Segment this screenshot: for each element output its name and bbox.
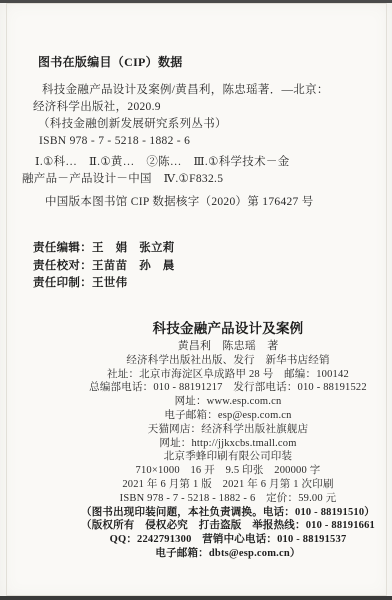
tmall-store-line: 天猫网店：经济科学出版社旗舰店 xyxy=(64,423,392,437)
qq-marketing-line: QQ：2242791300 营销中心电话：010 - 88191537 xyxy=(64,533,392,547)
book-copyright-page: 图书在版编目（CIP）数据 科技金融产品设计及案例/黄昌利，陈忠瑶著．—北京： … xyxy=(0,0,392,600)
book-title: 科技金融产品设计及案例 xyxy=(64,321,392,336)
cip-line-publisher: 经济科学出版社，2020.9 xyxy=(33,99,376,116)
scan-edge-bottom xyxy=(0,596,392,600)
cip-line-classification-1: Ⅰ.①科… Ⅱ.①黄… ②陈… Ⅲ.①科学技术－金 xyxy=(35,154,376,171)
cip-line-series: （科技金融创新发展研究系列丛书） xyxy=(38,116,376,133)
colophon-block: 科技金融产品设计及案例 黄昌利 陈忠瑶 著 经济科学出版社出版、发行 新华书店经… xyxy=(64,321,392,561)
website-line: 网址：www.esp.com.cn xyxy=(64,395,392,409)
cip-record-number: 中国版本图书馆 CIP 数据核字（2020）第 176427 号 xyxy=(45,194,376,211)
staff-line-printing-supervisor: 责任印制：王世伟 xyxy=(33,275,175,293)
format-line: 710×1000 16 开 9.5 印张 200000 字 xyxy=(64,464,392,478)
exchange-notice-line: （图书出现印装问题，本社负责调换。电话：010 - 88191510） xyxy=(64,506,392,520)
staff-line-editor: 责任编辑：王 娟 张立莉 xyxy=(33,240,175,258)
staff-block: 责任编辑：王 娟 张立莉 责任校对：王苗苗 孙 晨 责任印制：王世伟 xyxy=(33,240,175,293)
cip-line-classification-2: 融产品－产品设计－中国 Ⅳ.①F832.5 xyxy=(22,171,376,188)
email-line: 电子邮箱：esp@esp.com.cn xyxy=(64,409,392,423)
edition-line: 2021 年 6 月第 1 版 2021 年 6 月第 1 次印刷 xyxy=(64,478,392,492)
cip-heading: 图书在版编目（CIP）数据 xyxy=(38,54,376,71)
authors-line: 黄昌利 陈忠瑶 著 xyxy=(64,340,392,354)
tmall-url-line: 网址：http://jjkxcbs.tmall.com xyxy=(64,437,392,451)
cip-block: 图书在版编目（CIP）数据 科技金融产品设计及案例/黄昌利，陈忠瑶著．—北京： … xyxy=(22,54,376,211)
scan-edge-top xyxy=(0,0,392,3)
copyright-notice-line: （版权所有 侵权必究 打击盗版 举报热线：010 - 88191661 xyxy=(64,519,392,533)
cip-line-isbn: ISBN 978 - 7 - 5218 - 1882 - 6 xyxy=(39,133,376,150)
printer-line: 北京季蜂印刷有限公司印装 xyxy=(64,450,392,464)
cip-line-title-authors: 科技金融产品设计及案例/黄昌利，陈忠瑶著．—北京： xyxy=(42,82,376,99)
publisher-distributor-line: 经济科学出版社出版、发行 新华书店经销 xyxy=(64,354,392,368)
isbn-price-line: ISBN 978 - 7 - 5218 - 1882 - 6 定价：59.00 … xyxy=(64,492,392,506)
phone-numbers-line: 总编部电话：010 - 88191217 发行部电话：010 - 8819152… xyxy=(64,381,392,395)
staff-line-proofreader: 责任校对：王苗苗 孙 晨 xyxy=(33,258,175,276)
report-email-line: 电子邮箱：dbts@esp.com.cn） xyxy=(64,547,392,561)
publisher-address-line: 社址：北京市海淀区阜成路甲 28 号 邮编：100142 xyxy=(64,368,392,382)
